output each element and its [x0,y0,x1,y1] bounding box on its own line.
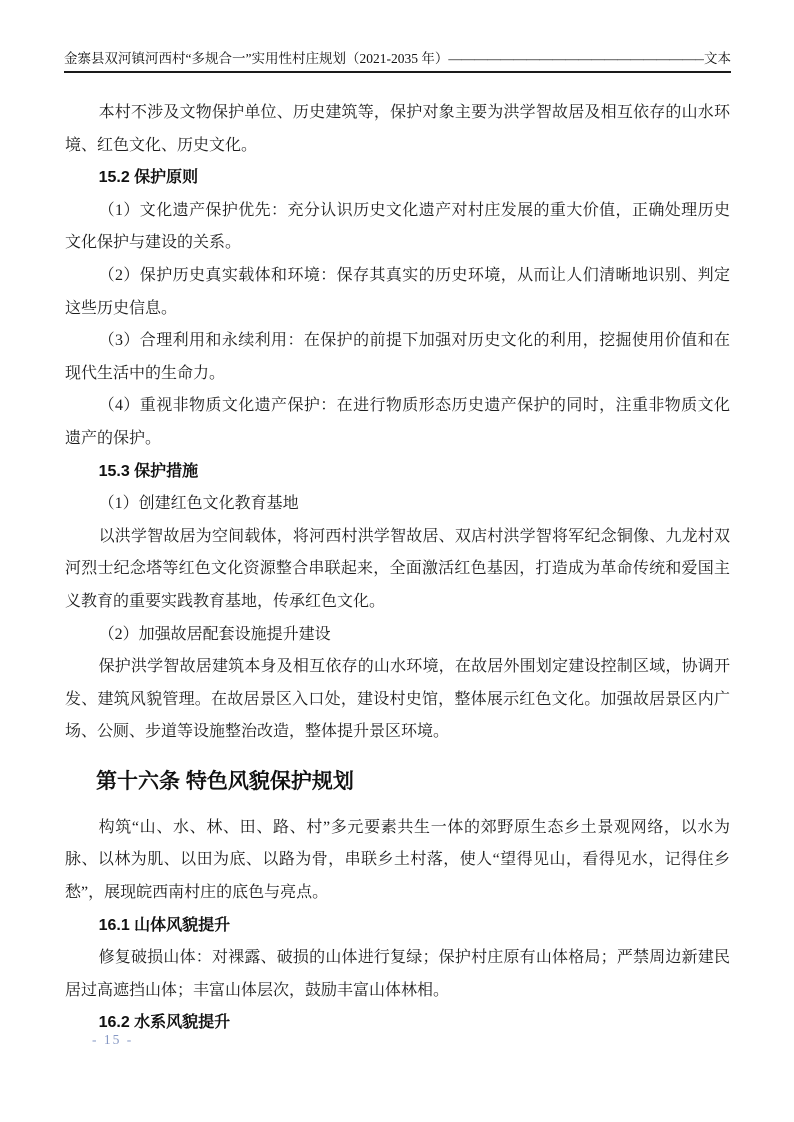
page-number: - 15 - [92,1032,133,1048]
header-title: 金寨县双河镇河西村“多规合一”实用性村庄规划（2021-2035 年） [64,50,448,68]
document-body: 本村不涉及文物保护单位、历史建筑等，保护对象主要为洪学智故居及相互依存的山水环境… [65,97,730,1040]
paragraph: （2）保护历史真实载体和环境：保存其真实的历史环境，从而让人们清晰地识别、判定这… [65,260,730,325]
document-page: 金寨县双河镇河西村“多规合一”实用性村庄规划（2021-2035 年） ————… [0,0,794,1122]
header-dash-leader: ———————————————————————————————————————— [448,50,704,68]
paragraph: （1）文化遗产保护优先：充分认识历史文化遗产对村庄发展的重大价值，正确处理历史文… [65,195,730,260]
section-heading: 16.2 水系风貌提升 [65,1007,730,1040]
paragraph: 本村不涉及文物保护单位、历史建筑等，保护对象主要为洪学智故居及相互依存的山水环境… [65,97,730,162]
section-heading: 15.2 保护原则 [65,162,730,195]
section-heading: 15.3 保护措施 [65,456,730,489]
paragraph: （1）创建红色文化教育基地 [65,488,730,521]
paragraph: 修复破损山体：对裸露、破损的山体进行复绿；保护村庄原有山体格局；严禁周边新建民居… [65,942,730,1007]
paragraph: 保护洪学智故居建筑本身及相互依存的山水环境，在故居外围划定建设控制区域，协调开发… [65,651,730,749]
paragraph: 以洪学智故居为空间载体，将河西村洪学智故居、双店村洪学智将军纪念铜像、九龙村双河… [65,521,730,619]
chapter-heading: 第十六条 特色风貌保护规划 [65,767,730,797]
paragraph: 构筑“山、水、林、田、路、村”多元要素共生一体的郊野原生态乡土景观网络，以水为脉… [65,812,730,910]
page-header: 金寨县双河镇河西村“多规合一”实用性村庄规划（2021-2035 年） ————… [64,50,731,73]
paragraph: （3）合理利用和永续利用：在保护的前提下加强对历史文化的利用，挖掘使用价值和在现… [65,325,730,390]
section-heading: 16.1 山体风貌提升 [65,910,730,943]
paragraph: （2）加强故居配套设施提升建设 [65,619,730,652]
paragraph: （4）重视非物质文化遗产保护：在进行物质形态历史遗产保护的同时，注重非物质文化遗… [65,390,730,455]
header-doc-type: 文本 [704,50,731,68]
